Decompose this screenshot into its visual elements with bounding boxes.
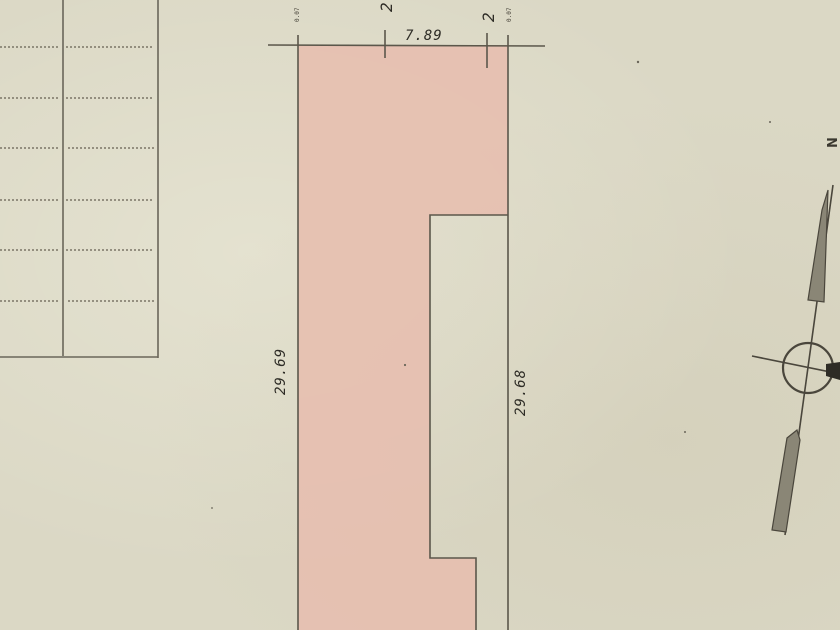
dimension-left-length: 29.69 [273, 348, 289, 395]
dimension-top-right-small: 0.07 [506, 8, 513, 22]
north-label: N [826, 137, 840, 148]
cut-label-left: 2 [377, 2, 396, 12]
plan-drawing [0, 0, 840, 630]
dimension-top-left-small: 0.07 [294, 8, 301, 22]
highlighted-parcel [298, 45, 508, 630]
dimension-top-width: 7.89 [405, 28, 443, 44]
cut-label-right: 2 [479, 12, 498, 22]
drawing-sheet: 7.89 29.69 29.68 0.07 0.07 2 2 N [0, 0, 840, 630]
dimension-right-length: 29.68 [513, 369, 529, 416]
adjacent-lots [0, 0, 158, 358]
north-arrow-icon [752, 185, 840, 535]
